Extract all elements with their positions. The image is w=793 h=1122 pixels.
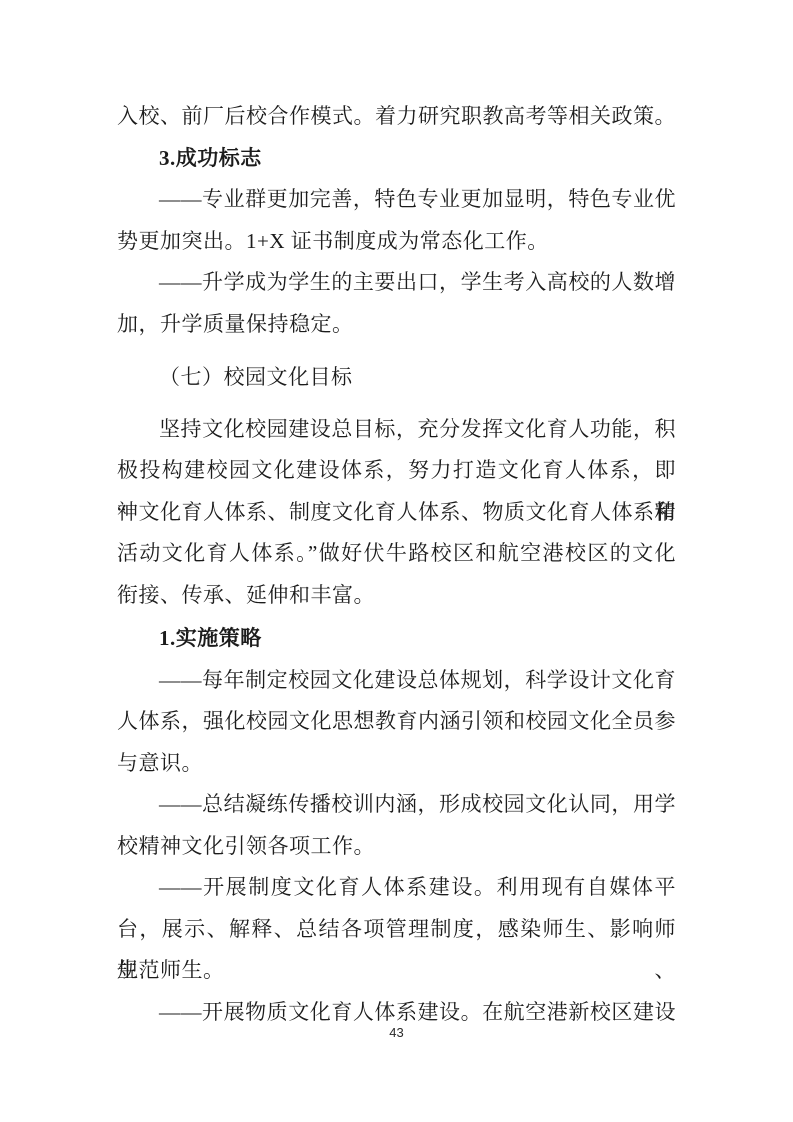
text-line: 势更加突出。1+X 证书制度成为常态化工作。 [117,221,676,263]
document-page: 入校、前厂后校合作模式。着力研究职教高考等相关政策。 3.成功标志 ——专业群更… [0,0,793,1122]
text-line: 加，升学质量保持稳定。 [117,304,676,346]
text-line: ——升学成为学生的主要出口，学生考入高校的人数增 [117,262,676,304]
section-heading-campus-culture-goal: （七）校园文化目标 [117,357,676,399]
text-line: 校精神文化引领各项工作。 [117,826,676,868]
text-line: 与意识。 [117,743,676,785]
text-line: ——每年制定校园文化建设总体规划，科学设计文化育 [117,660,676,702]
section-heading-implementation-strategy: 1.实施策略 [117,618,676,660]
text-line: 坚持文化校园建设总目标，充分发挥文化育人功能，积 [117,409,676,451]
text-line: 衔接、传承、延伸和丰富。 [117,575,676,617]
text-line: ——总结凝练传播校训内涵，形成校园文化认同，用学 [117,784,676,826]
text-line: 活动文化育人体系。”做好伏牛路校区和航空港校区的文化 [117,533,676,575]
text-line: ——专业群更加完善，特色专业更加显明，特色专业优 [117,179,676,221]
page-body-text: 入校、前厂后校合作模式。着力研究职教高考等相关政策。 3.成功标志 ——专业群更… [117,96,676,1033]
text-line: 台，展示、解释、总结各项管理制度，感染师生、影响师生、 [117,909,676,951]
section-heading-success-markers: 3.成功标志 [117,138,676,180]
text-line: 极投构建校园文化建设体系，努力打造文化育人体系，即“精 [117,450,676,492]
text-line: 入校、前厂后校合作模式。着力研究职教高考等相关政策。 [117,96,676,138]
page-number: 43 [0,1024,793,1042]
text-line: 人体系，强化校园文化思想教育内涵引领和校园文化全员参 [117,701,676,743]
text-line: 神文化育人体系、制度文化育人体系、物质文化育人体系和 [117,492,676,534]
text-line: ——开展制度文化育人体系建设。利用现有自媒体平 [117,867,676,909]
